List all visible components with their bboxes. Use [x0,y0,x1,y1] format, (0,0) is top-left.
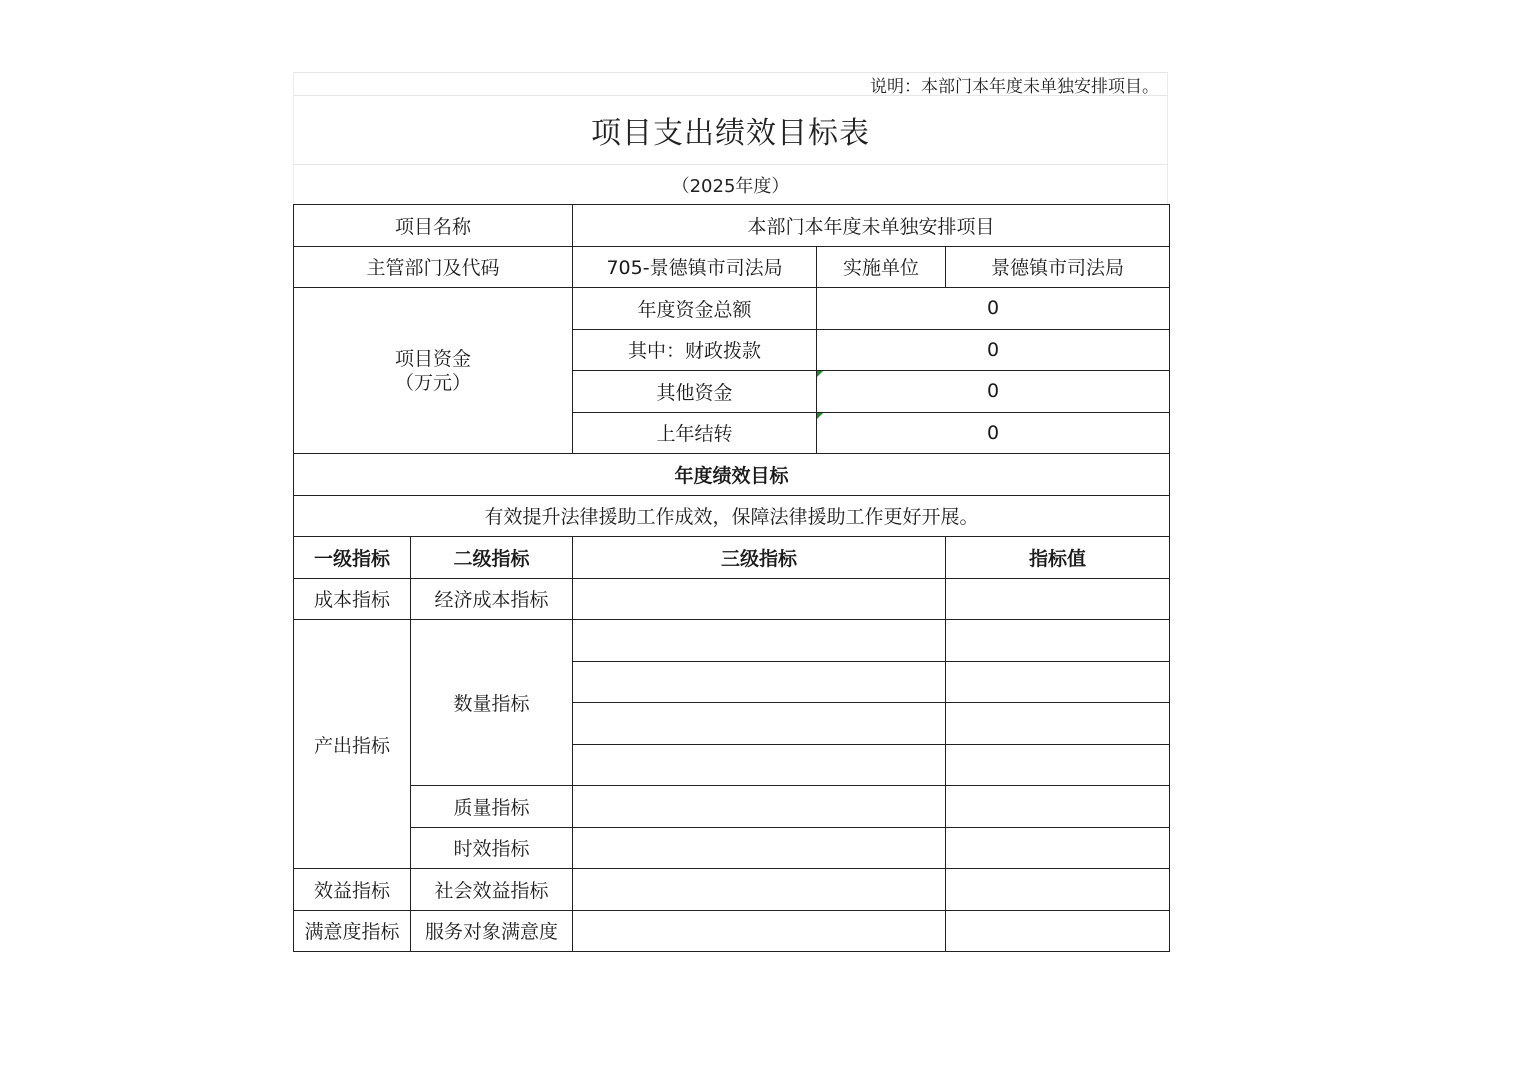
page-title: 项目支出绩效目标表 [293,95,1168,164]
quantity-level3[interactable] [573,661,946,703]
funds-carryover-text: 0 [987,422,999,444]
satisfaction-level2: 服务对象满意度 [411,910,573,952]
annual-goal-header: 年度绩效目标 [294,454,1170,496]
satisfaction-value[interactable] [946,910,1170,952]
output-level1: 产出指标 [294,620,411,869]
project-name-label: 项目名称 [294,205,573,247]
funds-fiscal-label: 其中：财政拨款 [573,329,817,371]
level1-header: 一级指标 [294,537,411,579]
department-label: 主管部门及代码 [294,246,573,288]
quantity-level3[interactable] [573,744,946,786]
annual-goal-header-row: 年度绩效目标 [294,454,1170,496]
quantity-value[interactable] [946,620,1170,662]
funds-other-text: 0 [987,380,999,402]
department-value[interactable]: 705-景德镇市司法局 [573,246,817,288]
implementing-unit-value[interactable]: 景德镇市司法局 [946,246,1170,288]
funds-total-value[interactable]: 0 [817,288,1170,330]
funds-other-label: 其他资金 [573,371,817,413]
annual-goal-text[interactable]: 有效提升法律援助工作成效，保障法律援助工作更好开展。 [294,495,1170,537]
cell-comment-flag-icon [817,413,823,419]
fiscal-year: （2025年度） [293,164,1168,204]
note-text: 说明：本部门本年度未单独安排项目。 [293,72,1168,95]
funds-total-label: 年度资金总额 [573,288,817,330]
funds-label-line2: （万元） [395,372,471,394]
table-row: 质量指标 [294,786,1170,828]
satisfaction-level3[interactable] [573,910,946,952]
level2-header: 二级指标 [411,537,573,579]
cost-level2: 经济成本指标 [411,578,573,620]
quantity-level3[interactable] [573,620,946,662]
quality-value[interactable] [946,786,1170,828]
timeliness-value[interactable] [946,827,1170,869]
benefit-level1: 效益指标 [294,869,411,911]
table-row: 成本指标 经济成本指标 [294,578,1170,620]
annual-goal-row: 有效提升法律援助工作成效，保障法律援助工作更好开展。 [294,495,1170,537]
cell-comment-flag-icon [817,371,823,377]
funds-fiscal-value[interactable]: 0 [817,329,1170,371]
funds-carryover-value[interactable]: 0 [817,412,1170,454]
implementing-unit-label: 实施单位 [817,246,946,288]
value-header: 指标值 [946,537,1170,579]
cost-level1: 成本指标 [294,578,411,620]
funds-carryover-label: 上年结转 [573,412,817,454]
table-row: 产出指标 数量指标 [294,620,1170,662]
project-name-row: 项目名称 本部门本年度未单独安排项目 [294,205,1170,247]
quantity-level2: 数量指标 [411,620,573,786]
funds-other-value[interactable]: 0 [817,371,1170,413]
table-row: 满意度指标 服务对象满意度 [294,910,1170,952]
cost-value[interactable] [946,578,1170,620]
table-row: 效益指标 社会效益指标 [294,869,1170,911]
funds-row: 项目资金 （万元） 年度资金总额 0 [294,288,1170,330]
timeliness-level3[interactable] [573,827,946,869]
table-row: 时效指标 [294,827,1170,869]
benefit-level2: 社会效益指标 [411,869,573,911]
quantity-level3[interactable] [573,703,946,745]
quality-level3[interactable] [573,786,946,828]
timeliness-level2: 时效指标 [411,827,573,869]
department-row: 主管部门及代码 705-景德镇市司法局 实施单位 景德镇市司法局 [294,246,1170,288]
project-name-value[interactable]: 本部门本年度未单独安排项目 [573,205,1170,247]
sheet-header: 说明：本部门本年度未单独安排项目。 项目支出绩效目标表 （2025年度） [293,72,1168,204]
satisfaction-level1: 满意度指标 [294,910,411,952]
quantity-value[interactable] [946,661,1170,703]
performance-table: 项目名称 本部门本年度未单独安排项目 主管部门及代码 705-景德镇市司法局 实… [293,204,1170,952]
benefit-value[interactable] [946,869,1170,911]
funds-label-line1: 项目资金 [395,348,471,370]
quantity-value[interactable] [946,703,1170,745]
performance-target-sheet: 说明：本部门本年度未单独安排项目。 项目支出绩效目标表 （2025年度） 项目名… [293,72,1168,952]
indicator-header-row: 一级指标 二级指标 三级指标 指标值 [294,537,1170,579]
benefit-level3[interactable] [573,869,946,911]
quantity-value[interactable] [946,744,1170,786]
cost-level3[interactable] [573,578,946,620]
quality-level2: 质量指标 [411,786,573,828]
level3-header: 三级指标 [573,537,946,579]
project-funds-label: 项目资金 （万元） [294,288,573,454]
